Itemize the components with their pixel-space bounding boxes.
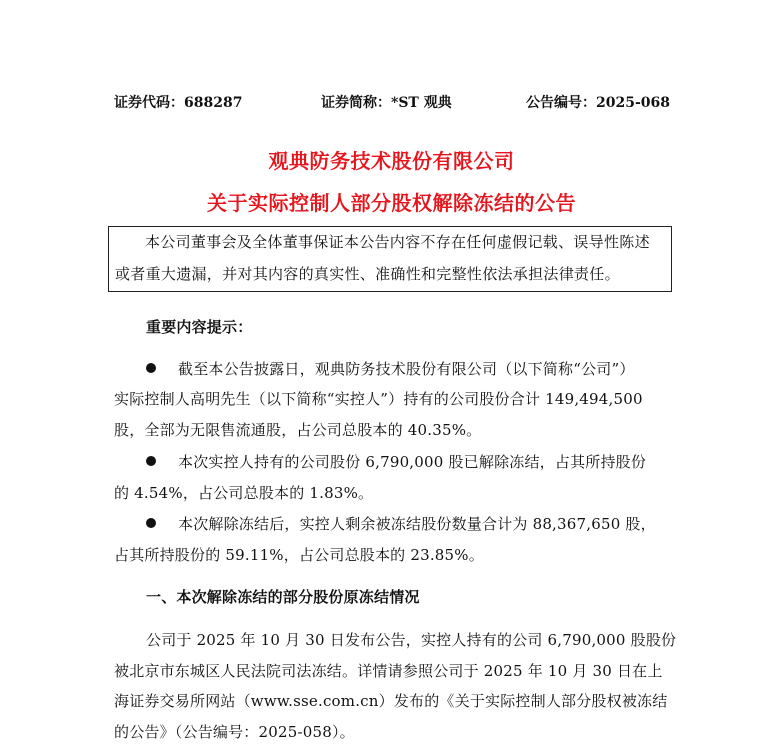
bullet-2-line-1: 本次实控人持有的公司股份 6,790,000 股已解除冻结，占其所持股份	[146, 451, 646, 472]
disclaimer-line-2: 或者重大遗漏，并对其内容的真实性、准确性和完整性依法承担法律责任。	[115, 263, 620, 284]
disclaimer-line-1: 本公司董事会及全体董事保证本公告内容不存在任何虚假记载、误导性陈述	[145, 231, 650, 252]
announcement-number: 公告编号：2025-068	[526, 92, 670, 112]
highlights-heading: 重要内容提示：	[146, 316, 252, 337]
stock-abbreviation: 证券简称：*ST 观典	[321, 92, 452, 112]
section-1-line-3: 海证券交易所网站（www.sse.com.cn）发布的《关于实际控制人部分股权被…	[114, 690, 667, 711]
bullet-1-line-2: 实际控制人高明先生（以下简称“实控人”）持有的公司股份合计 149,494,50…	[114, 388, 643, 409]
bullet-icon	[146, 363, 156, 373]
bullet-3-line-1: 本次解除冻结后，实控人剩余被冻结股份数量合计为 88,367,650 股，	[146, 513, 656, 534]
bullet-icon	[146, 518, 156, 528]
bullet-1-line-1: 截至本公告披露日，观典防务技术股份有限公司（以下简称“公司”）	[146, 358, 635, 379]
bullet-3-line-2: 占其所持股份的 59.11%，占公司总股本的 23.85%。	[114, 544, 484, 565]
document-header: 证券代码：688287 证券简称：*ST 观典 公告编号：2025-068	[114, 92, 670, 114]
section-1-line-1: 公司于 2025 年 10 月 30 日发布公告，实控人持有的公司 6,790,…	[146, 629, 676, 650]
disclaimer-box: 本公司董事会及全体董事保证本公告内容不存在任何虚假记载、误导性陈述 或者重大遗漏…	[108, 226, 672, 292]
announcement-page: 证券代码：688287 证券简称：*ST 观典 公告编号：2025-068 观典…	[0, 0, 783, 750]
section-1-line-4: 的公告》（公告编号：2025-058）。	[114, 721, 355, 742]
bullet-1-line-3: 股，全部为无限售流通股，占公司总股本的 40.35%。	[114, 419, 481, 440]
company-name-title: 观典防务技术股份有限公司	[0, 145, 783, 174]
stock-code: 证券代码：688287	[114, 92, 242, 112]
section-1-line-2: 被北京市东城区人民法院司法冻结。详情请参照公司于 2025 年 10 月 30 …	[114, 660, 663, 681]
bullet-2-line-2: 的 4.54%，占公司总股本的 1.83%。	[114, 482, 373, 503]
announcement-subject-title: 关于实际控制人部分股权解除冻结的公告	[0, 187, 783, 216]
section-1-heading: 一、本次解除冻结的部分股份原冻结情况	[146, 586, 420, 607]
bullet-icon	[146, 456, 156, 466]
